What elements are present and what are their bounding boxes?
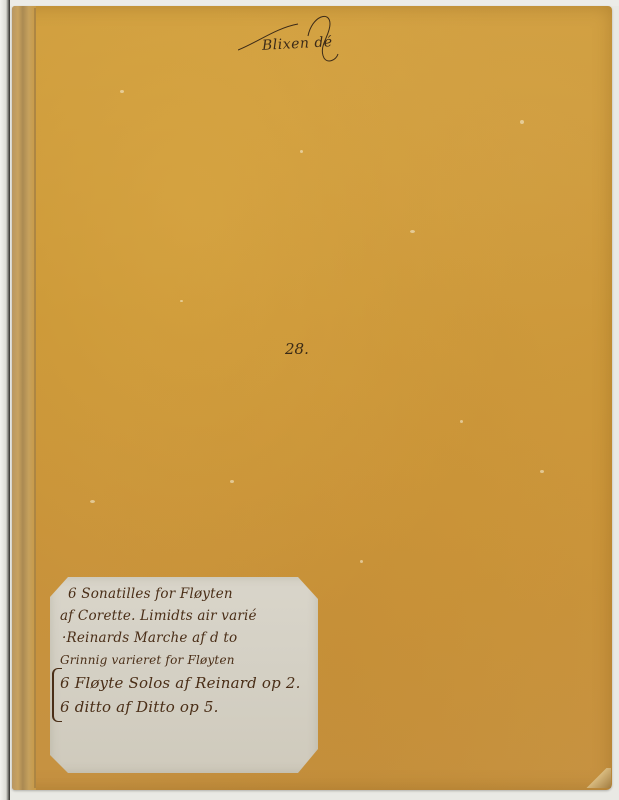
paper-speck (90, 500, 95, 503)
label-line-3: ·Reinards Marche af d to (60, 627, 316, 649)
shelf-number: 28. (285, 340, 309, 358)
paper-speck (180, 300, 183, 302)
paper-speck (520, 120, 524, 124)
label-text: 6 Sonatilles for Fløyten af Corette. Lim… (60, 583, 316, 719)
label-line-4: Grinnig varieret for Fløyten (60, 649, 316, 671)
spine-crease (34, 8, 36, 788)
corner-wear (581, 768, 611, 788)
paper-speck (120, 90, 124, 93)
label-line-2: af Corette. Limidts air varié (60, 605, 316, 627)
paper-speck (460, 420, 463, 423)
label-line-5: 6 Fløyte Solos af Reinard op 2. (60, 671, 316, 695)
scan-background-left (0, 0, 10, 800)
label-line-6: 6 ditto af Ditto op 5. (60, 695, 316, 719)
paper-speck (300, 150, 303, 153)
book-spine (12, 6, 36, 790)
paper-speck (230, 480, 234, 483)
paper-speck (360, 560, 363, 563)
paper-speck (540, 470, 544, 473)
label-line-1: 6 Sonatilles for Fløyten (60, 583, 316, 605)
paper-speck (410, 230, 415, 233)
